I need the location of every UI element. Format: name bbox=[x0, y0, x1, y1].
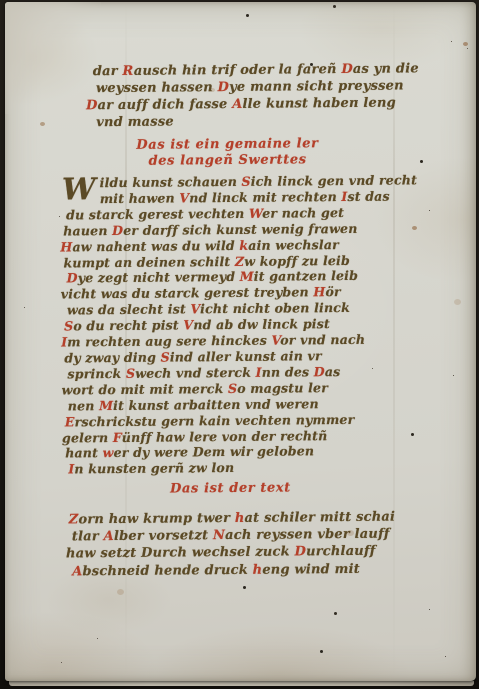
rubricated-letter: Z bbox=[235, 253, 244, 268]
rubricated-letter: M bbox=[240, 269, 254, 284]
ink-text: o du recht pist bbox=[73, 318, 183, 334]
rubricated-letter: F bbox=[113, 429, 122, 444]
ink-text: nn des bbox=[262, 364, 314, 379]
ink-text: mit hawen bbox=[100, 190, 180, 206]
ink-text: nd ab dw linck pist bbox=[193, 316, 330, 332]
rubricated-letter: R bbox=[122, 64, 133, 79]
ink-text: at schiler mitt schai bbox=[244, 509, 395, 525]
rubricated-letter: D bbox=[86, 98, 98, 113]
ink-text: w kopff zu leib bbox=[244, 252, 350, 268]
text-line: Dar auff dich fasse Alle kunst haben len… bbox=[86, 95, 392, 115]
text-line: Das ist der text bbox=[65, 480, 395, 498]
rubricated-letter: S bbox=[126, 366, 135, 381]
rubricated-letter: H bbox=[313, 285, 325, 300]
manuscript-text: dar Rausch hin trif oder la fareñ Das yn… bbox=[62, 61, 396, 581]
ink-text: ach reyssen vber lauff bbox=[225, 527, 390, 543]
ink-text: weyssen hassen bbox=[96, 80, 218, 96]
ink-text: eng wind mit bbox=[262, 561, 360, 577]
ink-text: Durch wechsel zuck bbox=[141, 545, 295, 561]
rubricated-letter: D bbox=[314, 364, 325, 379]
ink-text: icht nicht oben linck bbox=[200, 300, 350, 316]
rubricated-letter: V bbox=[183, 317, 193, 332]
text-line: Abschneid hende druck heng wind mit bbox=[72, 560, 396, 580]
ink-text: bschneid hende druck bbox=[82, 562, 252, 578]
ink-text: st das bbox=[347, 188, 389, 203]
rubricated-letter: A bbox=[104, 529, 114, 544]
ink-text: nen bbox=[68, 398, 99, 413]
ink-text: ye mann sicht preyssen bbox=[229, 78, 404, 95]
rubricated-letter: W bbox=[249, 206, 262, 221]
ink-text: rschrickstu gern kain vechten nymmer bbox=[75, 412, 355, 429]
ink-text: ar auff dich fasse bbox=[98, 97, 233, 113]
ink-text: it kunst arbaitten vnd weren bbox=[113, 396, 319, 413]
rubricated-letter: des langeñ Swerttes bbox=[149, 152, 307, 168]
ink-text: er dy were bbox=[114, 445, 193, 461]
ink-text: haw setzt bbox=[66, 546, 141, 562]
text-line: hauen Der darff sich kunst wenig frawen bbox=[63, 220, 393, 239]
ink-text: nd linck mit rechten bbox=[189, 189, 341, 205]
ink-text: dy zway ding bbox=[64, 350, 160, 366]
rubricated-letter: S bbox=[241, 174, 250, 189]
ink-text: lber vorsetzt bbox=[114, 528, 213, 544]
rubricated-letter: A bbox=[232, 97, 242, 112]
ink-text: kumpt an deinen schilt bbox=[63, 253, 234, 269]
text-line: Erschrickstu gern kain vechten nymmer bbox=[65, 411, 395, 430]
rubricated-letter: H bbox=[60, 239, 72, 254]
ink-text: vnd masse bbox=[96, 114, 174, 130]
rubricated-letter: V bbox=[271, 333, 280, 348]
ink-text: hant bbox=[65, 446, 103, 461]
rubricated-letter: h bbox=[253, 562, 263, 577]
ink-text: ich linck gen vnd recht bbox=[251, 172, 417, 188]
text-line: Im rechten aug sere hinckes Vor vnd nach bbox=[61, 332, 394, 351]
rubricated-letter: M bbox=[99, 398, 113, 413]
rubricated-letter: V bbox=[190, 302, 200, 317]
versal-initial: W bbox=[62, 177, 96, 202]
ink-text: er nach get bbox=[262, 205, 344, 221]
ink-text: as bbox=[325, 364, 341, 379]
text-line: vnd masse bbox=[96, 112, 392, 132]
rubricated-letter: A bbox=[72, 564, 82, 579]
common-teaching-verse: Wildu kunst schauen Sich linck gen vnd r… bbox=[63, 173, 396, 478]
heading-text: Das ist der text bbox=[65, 480, 395, 498]
text-line: des langeñ Swerttes bbox=[63, 151, 393, 169]
ink-text: tlar bbox=[72, 529, 104, 544]
text-line: was da slecht ist Vicht nicht oben linck bbox=[67, 300, 394, 319]
manuscript-photo: dar Rausch hin trif oder la fareñ Das yn… bbox=[0, 0, 479, 689]
ink-text: vicht was du starck gerest treyben bbox=[61, 285, 314, 302]
ink-text: or vnd nach bbox=[280, 332, 365, 348]
ink-text: Dem wir geloben bbox=[193, 444, 315, 460]
rubricated-letter: N bbox=[213, 528, 225, 543]
ink-text: dar bbox=[93, 64, 123, 79]
ink-text: hauen bbox=[63, 223, 112, 238]
ink-text: ain wechslar bbox=[248, 237, 339, 253]
ink-text: gelern bbox=[62, 430, 113, 445]
ink-text: wort do mit mit merck bbox=[62, 381, 228, 397]
heading-common-teaching: Das ist ein gemaine lerdes langeñ Swertt… bbox=[62, 136, 392, 170]
text-line: Dye zegt nicht vermeyd Mit gantzen leib bbox=[67, 268, 394, 287]
ink-text: was da slecht ist bbox=[67, 302, 191, 318]
rubricated-letter: w bbox=[103, 445, 114, 460]
rubricated-letter: D bbox=[218, 80, 230, 95]
ink-text: ausch hin trif oder la fareñ bbox=[134, 62, 342, 79]
rubricated-letter: Das ist der text bbox=[170, 481, 291, 497]
under-page-edge bbox=[9, 681, 474, 686]
text-line: In kunsten gerñ zw lon bbox=[68, 459, 395, 478]
rubricated-letter: D bbox=[112, 223, 123, 238]
ink-text: n kunsten gerñ zw lon bbox=[74, 460, 234, 476]
ink-text: er darff sich kunst wenig frawen bbox=[123, 221, 357, 238]
rubricated-letter: V bbox=[179, 190, 189, 205]
rubricated-letter: Das ist ein gemaine ler bbox=[136, 136, 318, 153]
ink-text: sprinck bbox=[67, 366, 126, 382]
ink-text: as yn die bbox=[353, 61, 419, 77]
foxing-spots bbox=[0, 0, 5, 4]
rubricated-letter: S bbox=[228, 381, 237, 396]
ink-text: du starck gerest vechten bbox=[66, 206, 249, 223]
rubricated-letter: S bbox=[161, 349, 170, 364]
rubricated-letter: h bbox=[235, 511, 245, 526]
ink-text: ör bbox=[325, 284, 340, 299]
recital-verse: Zorn haw krump twer hat schiler mitt sch… bbox=[66, 508, 397, 580]
ink-text: m rechten aug sere hinckes bbox=[67, 333, 271, 350]
ink-text: it gantzen leib bbox=[254, 268, 358, 284]
ink-text: ünff haw lere von der rechtñ bbox=[122, 428, 328, 445]
ink-text: ildu kunst schauen bbox=[100, 174, 242, 190]
ink-text: wech vnd sterck bbox=[135, 365, 256, 381]
rubricated-letter: D bbox=[341, 62, 353, 77]
rubricated-letter: k bbox=[239, 237, 248, 252]
ink-text: orn haw krump twer bbox=[78, 511, 235, 527]
rubricated-letter: D bbox=[67, 271, 78, 286]
ink-text: ye zegt nicht vermeyd bbox=[78, 269, 240, 285]
rubricated-letter: Z bbox=[69, 512, 79, 527]
rubricated-letter: D bbox=[295, 545, 307, 560]
rubricated-letter: S bbox=[64, 319, 73, 334]
ink-text: urchlauff bbox=[306, 544, 376, 560]
ink-text: aw nahent was du wild bbox=[72, 238, 239, 254]
fragment-verse: dar Rausch hin trif oder la fareñ Das yn… bbox=[93, 61, 393, 132]
ink-text: o magstu ler bbox=[237, 380, 328, 396]
ink-text: lle kunst haben leng bbox=[242, 96, 396, 112]
rubricated-letter: E bbox=[65, 414, 75, 429]
ink-text: ind aller kunst ain vr bbox=[170, 348, 322, 364]
